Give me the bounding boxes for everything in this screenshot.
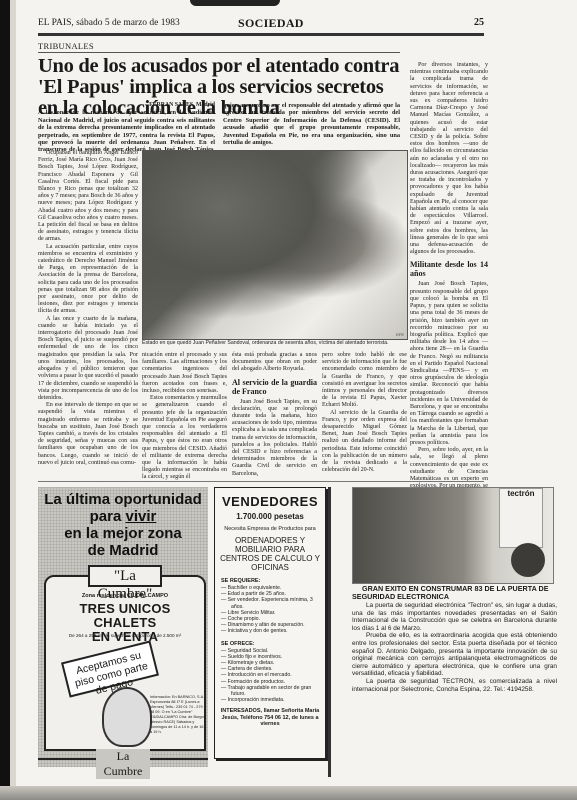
paragraph: En ese intervalo de tiempo en que se sus… [38, 402, 138, 467]
ad-vendedores: VENDEDORES 1.700.000 pesetas Necesita Em… [214, 487, 326, 759]
contact-info: Información: En BARNICO, S.A. Espronceda… [150, 695, 206, 735]
offer-line: TRES UNICOS CHALETS [52, 602, 198, 630]
article-column-4: pero sobre todo habló de ese servicio de… [322, 352, 407, 474]
sign-logo: tectrón [507, 489, 534, 498]
requires-label: SE REQUIERE: [221, 578, 325, 584]
column-divider [328, 487, 331, 777]
paragraph: pero sobre todo habló de ese servicio de… [322, 352, 407, 410]
offers-label: SE OFRECE: [221, 641, 325, 647]
plant-illustration [511, 543, 545, 577]
byline-place: Madrid [196, 102, 215, 108]
headline-word-underlined: vivir [126, 508, 157, 525]
salary: 1.700.000 pesetas [215, 512, 325, 521]
page-number: 25 [474, 17, 484, 28]
section-label: TRIBUNALES [38, 41, 94, 51]
headline-line: para vivir [38, 508, 208, 525]
tectron-photo: tectrón [352, 487, 554, 584]
scan-smudge [190, 0, 280, 6]
section-rule [38, 52, 400, 53]
headline-line: La última oportunidad [38, 491, 208, 508]
article-column-2: nicación entre el procesado y sus famili… [142, 352, 227, 482]
payment-stamp: Aceptamos su piso como parte de pago [61, 640, 159, 697]
section-name: SOCIEDAD [238, 16, 304, 31]
photo-caption: Estado en que quedó Juan Peñalver Sandov… [142, 340, 412, 347]
photo-credit: EFE [396, 332, 404, 337]
headline-line: en la mejor zona [38, 525, 208, 542]
list-item: Ser vendedor. Experiencia mínima, 3 años… [221, 597, 321, 609]
paragraph: Juan José Bosch Tapies, en su declaració… [232, 399, 317, 478]
page-margin-shadow [10, 0, 16, 800]
header-rule [38, 33, 484, 36]
paragraph: Ocupaban el banquillo Angel Blanco Ferri… [38, 150, 138, 244]
paragraph: A las once y cuarto de la mañana, cuando… [38, 316, 138, 402]
paragraph: Prueba de ello, es la extraordinaria aco… [352, 632, 557, 678]
paragraph: ésta está probada gracias a unos documen… [232, 352, 317, 374]
requires-list: Bachiller o equivalente. Edad a partir d… [215, 585, 325, 635]
list-item: Trabajo agradable en sector de gran futu… [221, 685, 321, 697]
paragraph: La puerta de seguridad TECTRON, es comer… [352, 678, 557, 693]
offers-list: Seguridad Social. Sueldo fijo e incentiv… [215, 648, 325, 704]
ad-footer: La Cumbre [38, 749, 208, 765]
article-lead: FERRAN SALES, Madrid A las once de la ma… [38, 102, 400, 154]
scan-bottom-edge [0, 786, 577, 800]
paragraph: Juan José Bosch Tapies, presunto respons… [410, 281, 488, 447]
tree-house-illustration [102, 687, 152, 747]
surface-text: De 264 a 298 m² de superficie con parcel… [48, 633, 202, 638]
ad-title: VENDEDORES [215, 494, 325, 509]
list-item: Iniciativa y don de gentes. [221, 628, 321, 634]
page-binding-edge [0, 0, 10, 800]
article-photo: EFE [142, 150, 408, 340]
contact-info: INTERESADOS, llamar Señorita María Jesús… [215, 708, 325, 728]
headline-word: para [90, 508, 126, 525]
paragraph: nicación entre el procesado y sus famili… [142, 352, 227, 395]
page-header: EL PAIS, sábado 5 de marzo de 1983 SOCIE… [38, 16, 484, 30]
paragraph: Al servicio de la Guardia de Franco, y p… [322, 410, 407, 475]
article-column-3: ésta está probada gracias a unos documen… [232, 352, 317, 478]
byline: FERRAN SALES, Madrid [38, 102, 215, 109]
lead-text: A las once de la mañana de ayer se inici… [38, 102, 400, 153]
ad-headline: La última oportunidad para vivir en la m… [38, 491, 208, 559]
products: ORDENADORES Y MOBILIARIO PARA CENTROS DE… [215, 536, 325, 572]
paragraph: Estos comentarios y murmullos se general… [142, 395, 227, 481]
ad-la-cumbre: La última oportunidad para vivir en la m… [38, 487, 208, 767]
paragraph: Por diversos instantes, y mientras conti… [410, 62, 488, 256]
tectron-sign: tectrón [499, 488, 543, 548]
headline-line: de Madrid [38, 542, 208, 559]
subheading: Al servicio de la guardia de Franco [232, 378, 317, 396]
ads-divider [38, 481, 484, 482]
brand-label: "La Cumbre" [88, 565, 162, 587]
paragraph: La puerta de seguridad electrónica "Tect… [352, 602, 557, 632]
company-need: Necesita Empresa de Productos para [215, 526, 325, 533]
byline-author: FERRAN SALES, [149, 102, 194, 108]
ad-headline: GRAN EXITO EN CONSTRUMAR 83 DE LA PUERTA… [352, 585, 557, 601]
newspaper-date: EL PAIS, sábado 5 de marzo de 1983 [38, 18, 180, 28]
paragraph: La acusación particular, entre cuyos mie… [38, 244, 138, 316]
ad-tectron: GRAN EXITO EN CONSTRUMAR 83 DE LA PUERTA… [352, 585, 557, 693]
list-item: Incorporación inmediata. [221, 697, 321, 703]
footer-brand: La Cumbre [96, 749, 150, 779]
subheading: Militante desde los 14 años [410, 260, 488, 278]
article-column-1: Ocupaban el banquillo Angel Blanco Ferri… [38, 150, 138, 478]
